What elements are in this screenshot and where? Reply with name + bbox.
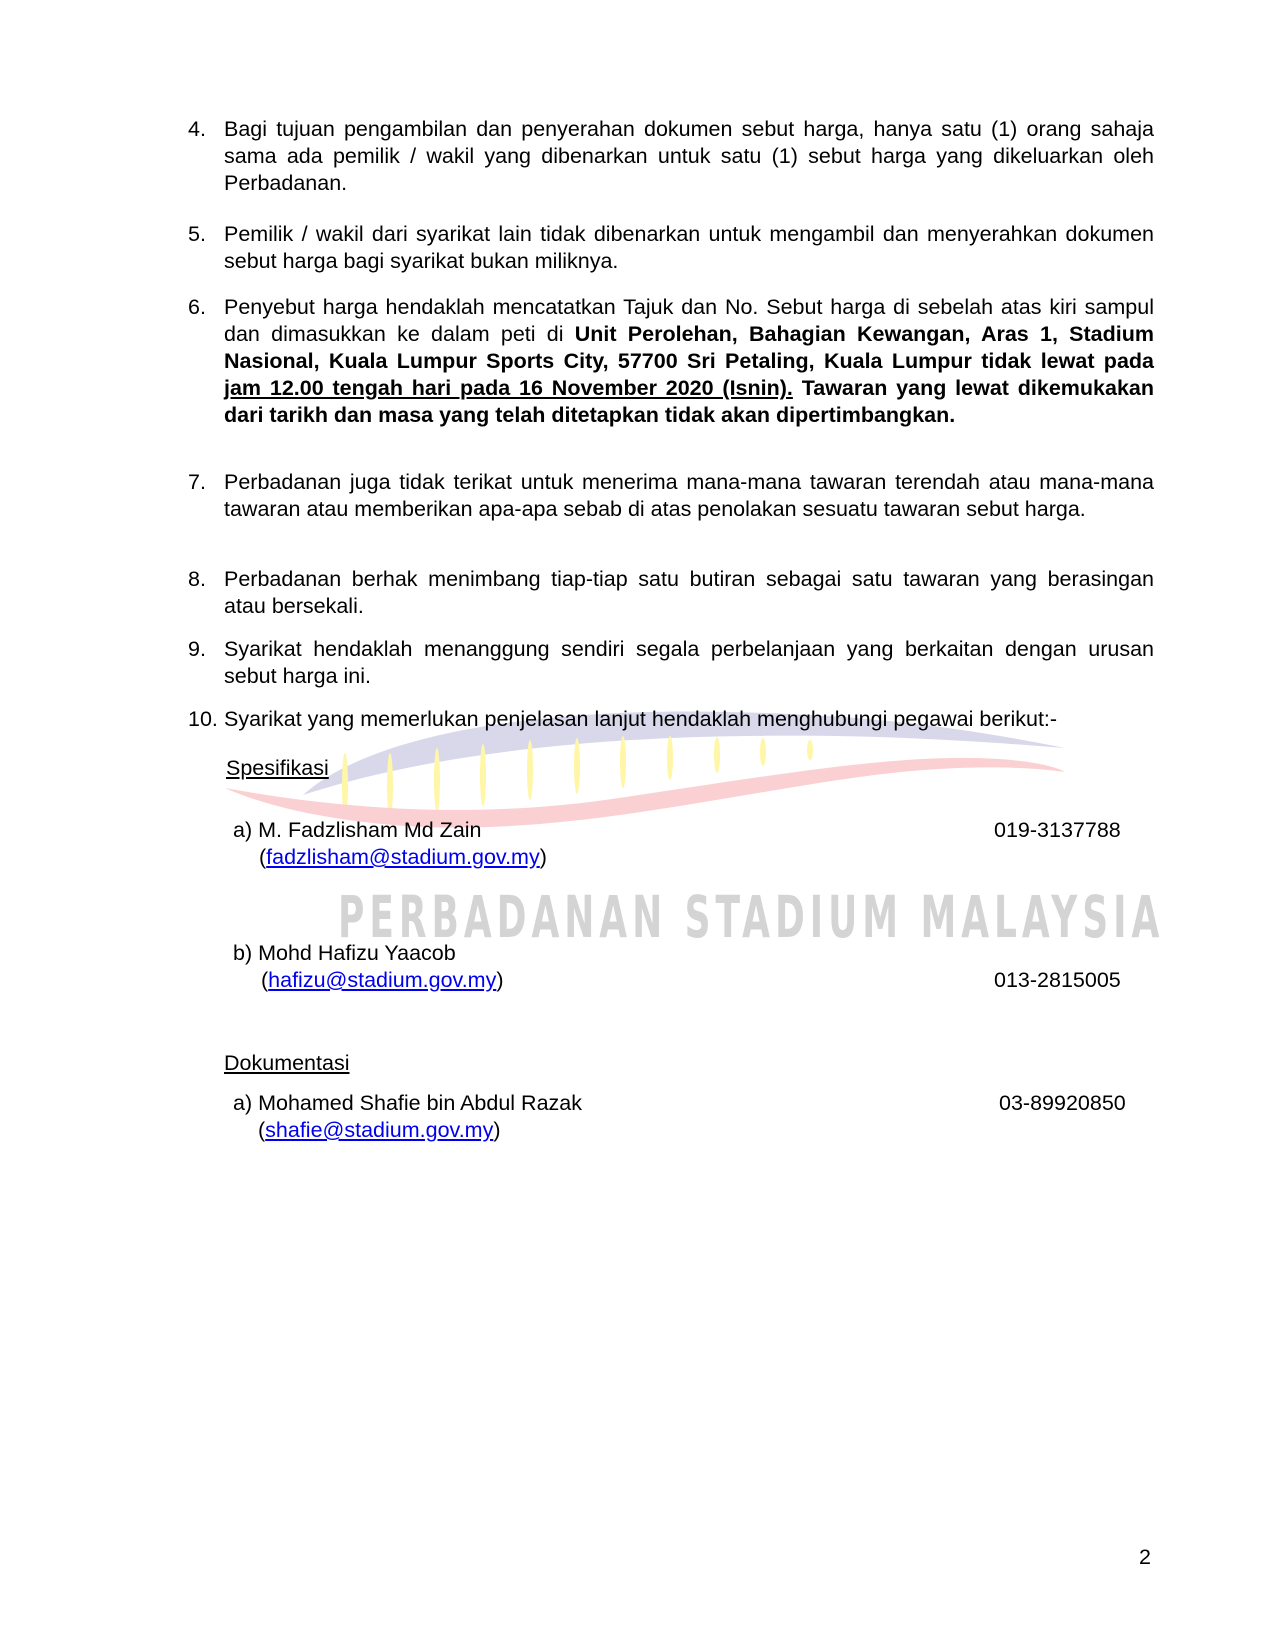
item-text: Bagi tujuan pengambilan dan penyerahan d… xyxy=(224,116,1154,197)
item-number: 7. xyxy=(188,469,206,496)
list-item: 8. Perbadanan berhak menimbang tiap-tiap… xyxy=(188,566,1154,620)
watermark-text: PERBADANAN STADIUM MALAYSIA xyxy=(338,888,1164,946)
contact-phone: 019-3137788 xyxy=(994,817,1121,844)
section-heading-spesifikasi: Spesifikasi xyxy=(226,755,329,782)
page-number: 2 xyxy=(1139,1544,1151,1571)
close-paren: ) xyxy=(540,845,547,869)
contact-email-line: (hafizu@stadium.gov.my) xyxy=(261,967,504,994)
section-heading-dokumentasi: Dokumentasi xyxy=(224,1050,349,1077)
item-number: 6. xyxy=(188,294,206,321)
contact-phone: 013-2815005 xyxy=(994,967,1121,994)
deadline: jam 12.00 tengah hari pada 16 November 2… xyxy=(224,376,793,400)
contact-email-link[interactable]: shafie@stadium.gov.my xyxy=(265,1118,493,1142)
list-item: 5. Pemilik / wakil dari syarikat lain ti… xyxy=(188,221,1154,275)
item-text: Penyebut harga hendaklah mencatatkan Taj… xyxy=(224,294,1154,429)
list-item: 7. Perbadanan juga tidak terikat untuk m… xyxy=(188,469,1154,523)
contact-name: a) Mohamed Shafie bin Abdul Razak xyxy=(233,1090,582,1117)
item-text: Perbadanan juga tidak terikat untuk mene… xyxy=(224,469,1154,523)
item-text: Syarikat hendaklah menanggung sendiri se… xyxy=(224,636,1154,690)
close-paren: ) xyxy=(493,1118,500,1142)
contact-email-link[interactable]: fadzlisham@stadium.gov.my xyxy=(266,845,540,869)
item-number: 10. xyxy=(188,706,218,733)
item-number: 8. xyxy=(188,566,206,593)
list-item: 4. Bagi tujuan pengambilan dan penyeraha… xyxy=(188,116,1154,197)
contact-email-link[interactable]: hafizu@stadium.gov.my xyxy=(268,968,496,992)
list-item: 10. Syarikat yang memerlukan penjelasan … xyxy=(188,706,1154,733)
contact-email-line: (fadzlisham@stadium.gov.my) xyxy=(259,844,547,871)
contact-name: a) M. Fadzlisham Md Zain xyxy=(233,817,482,844)
item-number: 9. xyxy=(188,636,206,663)
list-item: 6. Penyebut harga hendaklah mencatatkan … xyxy=(188,294,1154,429)
close-paren: ) xyxy=(496,968,503,992)
contact-phone: 03-89920850 xyxy=(999,1090,1126,1117)
list-item: 9. Syarikat hendaklah menanggung sendiri… xyxy=(188,636,1154,690)
item-text: Pemilik / wakil dari syarikat lain tidak… xyxy=(224,221,1154,275)
contact-email-line: (shafie@stadium.gov.my) xyxy=(258,1117,501,1144)
item-number: 4. xyxy=(188,116,206,143)
item-text: Perbadanan berhak menimbang tiap-tiap sa… xyxy=(224,566,1154,620)
contact-name: b) Mohd Hafizu Yaacob xyxy=(233,940,456,967)
document-page: PERBADANAN STADIUM MALAYSIA 4. Bagi tuju… xyxy=(0,0,1275,1650)
item-text: Syarikat yang memerlukan penjelasan lanj… xyxy=(224,706,1154,733)
item-number: 5. xyxy=(188,221,206,248)
